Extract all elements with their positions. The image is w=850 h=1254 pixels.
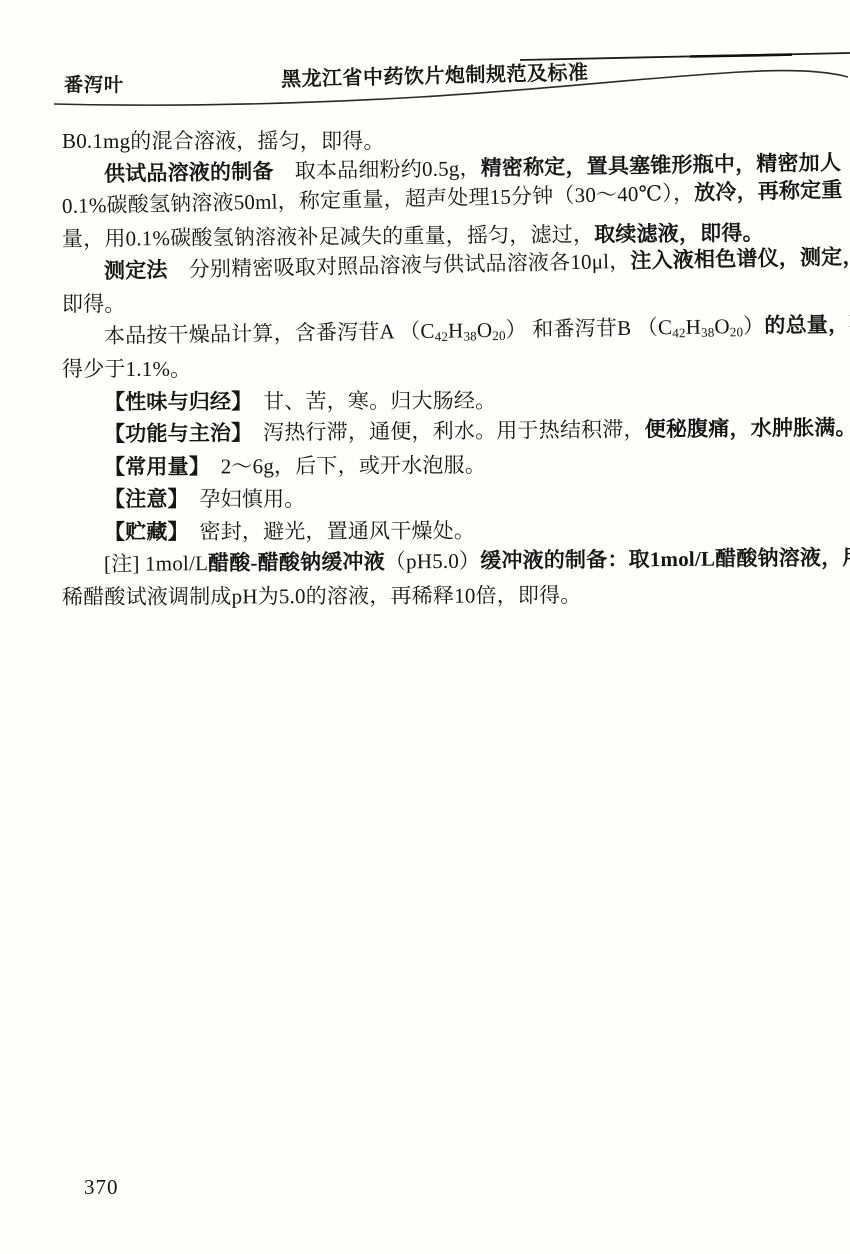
text-segment: ） (743, 314, 765, 338)
section-label: 【性味与归经】 (104, 391, 242, 414)
section-label: 供试品溶液的制备 (104, 160, 274, 186)
text-segment: B0.1mg的混合溶液，摇匀，即得。 (62, 129, 385, 153)
text-segment: （C (637, 315, 673, 340)
text-segment: H (685, 315, 701, 339)
text-segment: 的总量，不 (764, 312, 850, 338)
text-line: [注] 1mol/L醋酸-醋酸钠缓冲液（pH5.0）缓冲液的制备：取1mol/L… (104, 544, 850, 577)
text-segment: 放冷，再称定重 (694, 178, 843, 205)
text-line: 得少于1.1%。 (62, 356, 191, 382)
text-segment: H (448, 318, 464, 342)
section-label: 【功能与主治】 (104, 422, 242, 446)
text-segment: 密封，避光，置通风干燥处。 (178, 519, 475, 544)
formula-subscript: 42 (435, 329, 449, 344)
text-segment: 醋酸-醋酸钠缓冲液 (208, 550, 385, 576)
section-label: 【贮藏】 (104, 521, 178, 544)
text-line: 【贮藏】 密封，避光，置通风干燥处。 (104, 518, 475, 546)
text-segment: 缓冲液的制备：取1mol/L醋酸钠溶液，用 (480, 545, 850, 572)
text-segment: 2～6g，后下，或开水泡服。 (199, 453, 486, 478)
section-label: 测定法 (104, 259, 168, 283)
text-segment: 分别精密吸取对照品溶液与供试品溶液各10μl， (167, 249, 630, 282)
text-segment: 得少于1.1%。 (62, 357, 191, 381)
formula-subscript: 20 (730, 324, 744, 339)
text-segment: 孕妇慎用。 (178, 487, 305, 511)
text-segment: 便秘腹痛，水肿胀满。 (645, 415, 850, 441)
text-segment: 本品按干燥品计算，含番泻苷A (104, 319, 400, 348)
text-line: 本品按干燥品计算，含番泻苷A （C42H38O20） 和番泻苷B （C42H38… (104, 311, 850, 349)
text-segment: 量，用0.1%碳酸氢钠溶液补足减失的重量，摇匀，滤过， (62, 222, 594, 251)
text-line: 【注意】 孕妇慎用。 (104, 486, 306, 513)
text-line: 【常用量】 2～6g，后下，或开水泡服。 (104, 452, 486, 481)
text-segment: 取续滤液，即得。 (594, 221, 764, 246)
section-label: 【常用量】 (104, 456, 200, 479)
text-segment: 注入液相色谱仪，测定， (630, 244, 850, 272)
text-segment: 取本品细粉约0.5g， (273, 156, 481, 183)
text-line: B0.1mg的混合溶液，摇匀，即得。 (62, 128, 385, 154)
document-body: B0.1mg的混合溶液，摇匀，即得。供试品溶液的制备 取本品细粉约0.5g，精密… (0, 0, 850, 1254)
text-line: 【性味与归经】 甘、苦，寒。归大肠经。 (104, 388, 496, 416)
text-line: 【功能与主治】 泻热行滞，通便，利水。用于热结积滞，便秘腹痛，水肿胀满。 (104, 414, 850, 448)
formula-subscript: 38 (463, 328, 477, 343)
formula-subscript: 20 (492, 328, 506, 343)
text-segment: 即得。 (62, 292, 126, 316)
text-segment: （pH5.0） (385, 549, 481, 574)
text-segment: 稀醋酸试液调制成pH为5.0的溶液，再稀释10倍，即得。 (62, 583, 582, 609)
text-line: 即得。 (62, 291, 126, 317)
text-line: 稀醋酸试液调制成pH为5.0的溶液，再稀释10倍，即得。 (62, 582, 582, 610)
text-segment: （C (399, 319, 435, 344)
scanned-document-page: 番泻叶 黑龙江省中药饮片炮制规范及标准 B0.1mg的混合溶液，摇匀，即得。供试… (0, 0, 850, 1254)
text-segment: [注] 1mol/L (104, 551, 208, 576)
text-segment: O (714, 314, 730, 338)
text-segment: 精密称定，置具塞锥形瓶中，精密加人 (481, 150, 842, 180)
text-segment: 甘、苦，寒。归大肠经。 (242, 389, 496, 414)
text-segment: 和番泻苷B (532, 316, 637, 342)
text-segment: ） (505, 317, 532, 341)
page-number: 370 (84, 1175, 119, 1200)
text-segment: O (477, 318, 493, 342)
text-segment: 泻热行滞，通便，利水。用于热结积滞， (242, 417, 645, 445)
formula-subscript: 38 (701, 325, 715, 340)
formula-subscript: 42 (672, 325, 686, 340)
section-label: 【注意】 (104, 488, 178, 511)
